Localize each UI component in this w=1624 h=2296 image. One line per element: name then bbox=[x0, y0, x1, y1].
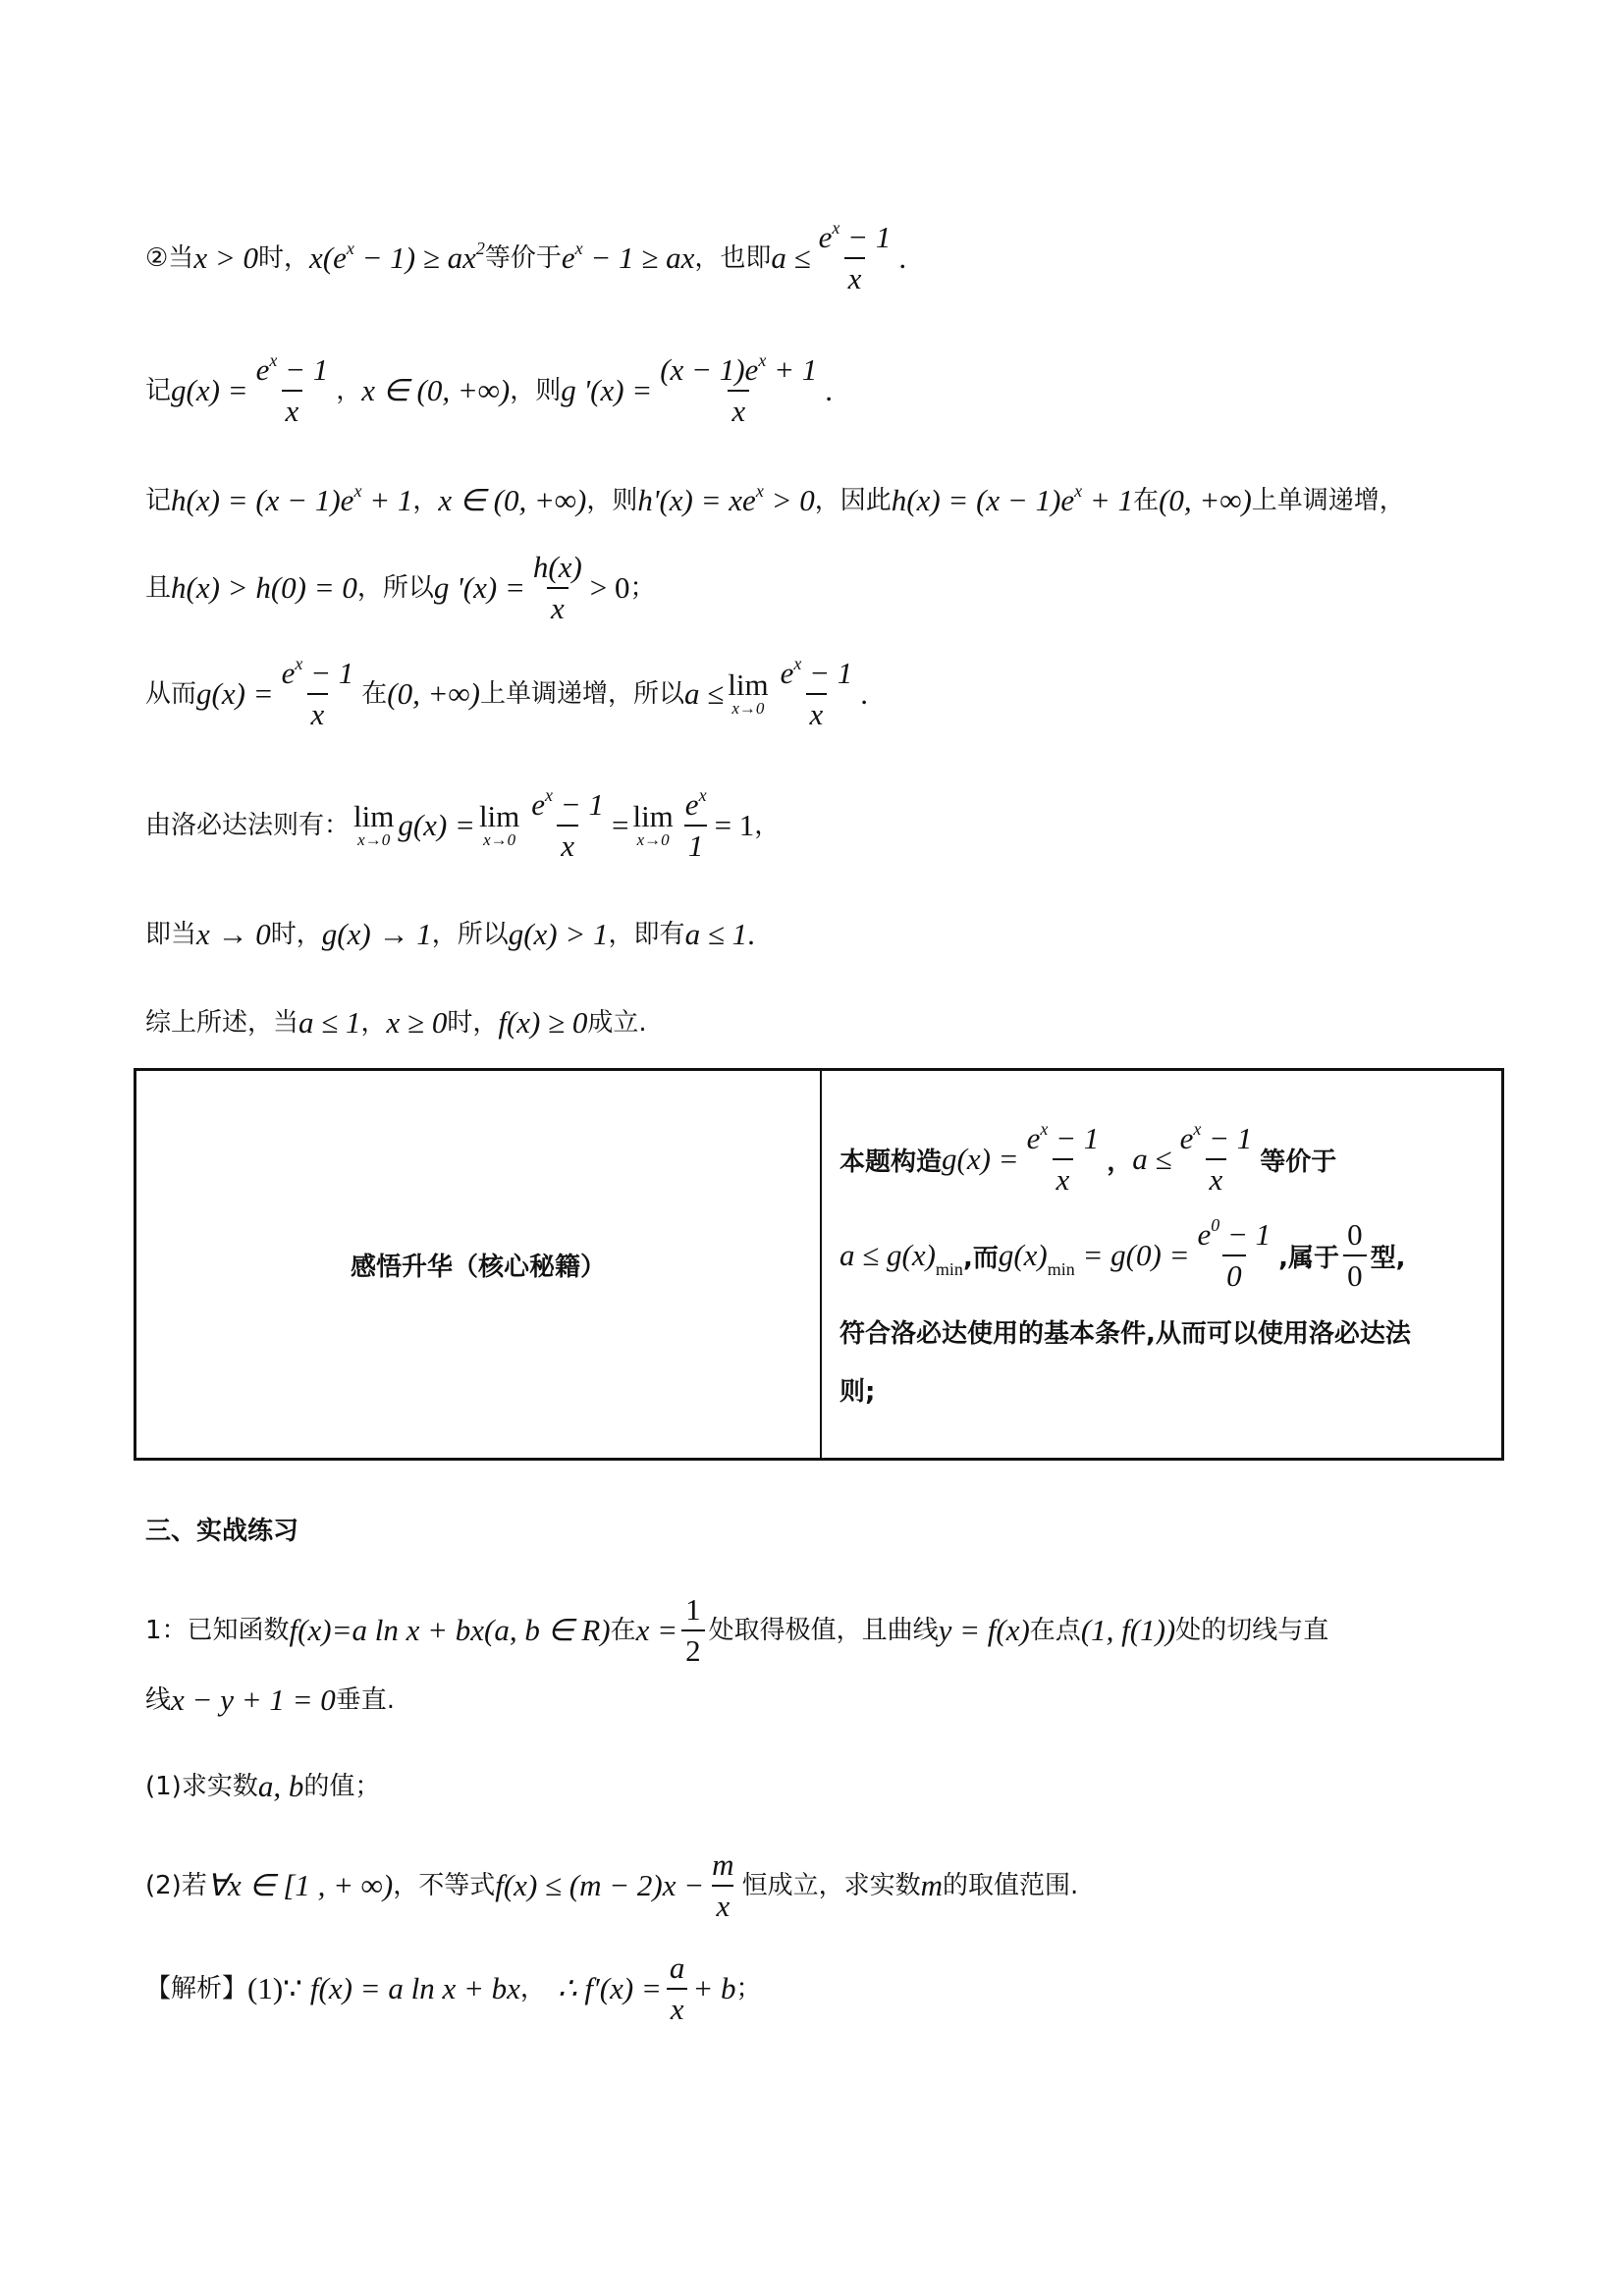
insight-label-cell: 感悟升华（核心秘籍） bbox=[135, 1070, 822, 1460]
text: 上单调递增， bbox=[1252, 481, 1405, 520]
insight-line-3: 符合洛必达使用的基本条件,从而可以使用洛必达法 bbox=[839, 1313, 1484, 1350]
text: 等价于 bbox=[485, 239, 562, 278]
punct: ； bbox=[630, 568, 656, 608]
fraction: ex 1 bbox=[681, 785, 711, 866]
math: a ≤ bbox=[1132, 1142, 1171, 1177]
text: ，即有 bbox=[609, 915, 685, 954]
math: f(x) ≤ (m − 2)x − bbox=[495, 1866, 704, 1905]
text: 等价于 bbox=[1260, 1142, 1336, 1178]
fraction: 0 0 bbox=[1343, 1215, 1367, 1296]
punct: ， bbox=[754, 806, 780, 845]
text: ，所以 bbox=[432, 915, 509, 954]
math: m bbox=[921, 1866, 943, 1905]
text: 恒成立，求实数 bbox=[742, 1866, 921, 1905]
math: y = f(x) bbox=[939, 1611, 1030, 1650]
text: 垂直. bbox=[336, 1681, 395, 1720]
text: 在 bbox=[1133, 481, 1159, 520]
line-g-increasing: 从而 g(x) = ex − 1 x 在 (0, +∞) 上单调递增，所以 a … bbox=[145, 654, 868, 734]
math: g(x) > 1 bbox=[509, 915, 609, 954]
text: 时， bbox=[271, 915, 322, 954]
line-h-positive: 且 h(x) > h(0) = 0 ，所以 g '(x) = h(x) x > … bbox=[145, 548, 656, 628]
text: ，所以 bbox=[357, 568, 434, 608]
math: x > 0 bbox=[193, 239, 258, 278]
text: 的值； bbox=[303, 1767, 380, 1806]
insight-label: 感悟升华（核心秘籍） bbox=[351, 1253, 606, 1282]
math: ∴ f′(x) = bbox=[558, 1969, 662, 2008]
fraction: (x − 1)ex + 1 x bbox=[656, 350, 821, 431]
text: 即当 bbox=[145, 915, 196, 954]
math: g(x)min = g(0) = bbox=[999, 1238, 1190, 1273]
math: g '(x) = bbox=[561, 371, 652, 410]
insight-line-2: a ≤ g(x)min ,而 g(x)min = g(0) = e0 − 1 0… bbox=[839, 1215, 1484, 1296]
text: 上单调递增，所以 bbox=[480, 674, 684, 714]
question-1-line-2: 线 x − y + 1 = 0 垂直. bbox=[145, 1681, 395, 1720]
text: 在点 bbox=[1030, 1611, 1081, 1650]
text: 型, bbox=[1371, 1238, 1406, 1274]
line-define-h: 记 h(x) = (x − 1)ex + 1 ， x ∈ (0, +∞) ，则 … bbox=[145, 481, 1405, 520]
text: 由洛必达法则有： bbox=[145, 806, 350, 845]
question-1-part-2: (2)若 ∀x ∈ [1 , + ∞) ，不等式 f(x) ≤ (m − 2)x… bbox=[145, 1845, 1078, 1926]
math: h(x) = (x − 1)ex + 1 bbox=[171, 481, 412, 520]
math: a ≤ g(x)min bbox=[839, 1238, 963, 1273]
math: ex − 1 ≥ ax bbox=[562, 239, 694, 278]
text: ②当 bbox=[145, 239, 193, 278]
text: ，也即 bbox=[694, 239, 771, 278]
text: 时， bbox=[258, 239, 309, 278]
math: = 1 bbox=[715, 806, 755, 845]
section-heading: 三、实战练习 bbox=[145, 1512, 298, 1551]
math: h(x) = (x − 1)ex + 1 bbox=[892, 481, 1133, 520]
fraction: ex − 1 x bbox=[527, 785, 608, 866]
punct: ； bbox=[736, 1969, 762, 2008]
insight-line-1: 本题构造 g(x) = ex − 1 x ， a ≤ ex − 1 x 等价于 bbox=[839, 1119, 1484, 1200]
math: g(x) = bbox=[196, 674, 274, 714]
text: (1)求实数 bbox=[145, 1767, 258, 1806]
text: 在 bbox=[361, 674, 387, 714]
insight-table: 感悟升华（核心秘籍） 本题构造 g(x) = ex − 1 x ， a ≤ ex… bbox=[134, 1068, 1504, 1461]
text: 时， bbox=[447, 1003, 498, 1042]
math: x = bbox=[636, 1611, 677, 1650]
fraction: 1 2 bbox=[681, 1590, 705, 1671]
fraction: ex − 1 x bbox=[278, 654, 358, 734]
punct: . bbox=[747, 915, 755, 954]
line-limit-conclusion: 即当 x → 0 时， g(x) → 1 ，所以 g(x) > 1 ，即有 a … bbox=[145, 915, 755, 954]
math: g(x) = bbox=[942, 1142, 1019, 1177]
text: ， bbox=[336, 371, 361, 410]
fraction: h(x) x bbox=[529, 548, 586, 628]
text: ，则 bbox=[510, 371, 561, 410]
math: a ≤ bbox=[771, 239, 810, 278]
text: 处取得极值，且曲线 bbox=[709, 1611, 939, 1650]
math: x → 0 bbox=[196, 915, 271, 954]
question-1-line-1: 1：已知函数 f(x)=a ln x + bx(a, b ∈ R) 在 x = … bbox=[145, 1590, 1328, 1671]
math: (1)∵ bbox=[247, 1969, 302, 2008]
math: x ≥ 0 bbox=[387, 1003, 448, 1042]
text: 的取值范围. bbox=[943, 1866, 1078, 1905]
text: ，则 bbox=[586, 481, 637, 520]
text: 处的切线与直 bbox=[1175, 1611, 1328, 1650]
punct: . bbox=[825, 371, 833, 410]
limit: lim x→0 bbox=[479, 802, 519, 849]
text: 本题构造 bbox=[839, 1142, 942, 1178]
math: (1, f(1)) bbox=[1081, 1611, 1175, 1650]
fraction: ex − 1 x bbox=[777, 654, 857, 734]
text: 线 bbox=[145, 1681, 171, 1720]
math: h'(x) = xex > 0 bbox=[637, 481, 814, 520]
math: x(ex − 1) ≥ ax2 bbox=[309, 239, 485, 278]
text: ,属于 bbox=[1278, 1238, 1339, 1274]
math: a, b bbox=[258, 1767, 304, 1806]
math: f(x) ≥ 0 bbox=[498, 1003, 587, 1042]
text: 记 bbox=[145, 481, 171, 520]
math: h(x) > h(0) = 0 bbox=[171, 568, 357, 608]
math: g(x) → 1 bbox=[322, 915, 432, 954]
line-summary: 综上所述，当 a ≤ 1 ， x ≥ 0 时， f(x) ≥ 0 成立. bbox=[145, 1003, 647, 1042]
math: = bbox=[612, 806, 628, 845]
text: ， bbox=[1107, 1142, 1132, 1178]
insight-line-4: 则; bbox=[839, 1371, 1484, 1408]
math: g '(x) = bbox=[434, 568, 525, 608]
text: 成立. bbox=[587, 1003, 646, 1042]
math: f(x)=a ln x + bx(a, b ∈ R) bbox=[290, 1611, 611, 1650]
line-lhopital: 由洛必达法则有： lim x→0 g(x) = lim x→0 ex − 1 x… bbox=[145, 785, 780, 866]
math: a ≤ bbox=[684, 674, 724, 714]
text: ,而 bbox=[963, 1238, 999, 1274]
text: 从而 bbox=[145, 674, 196, 714]
punct: . bbox=[860, 674, 868, 714]
fraction: ex − 1 x bbox=[815, 218, 895, 298]
text: ， bbox=[361, 1003, 387, 1042]
limit: lim x→0 bbox=[632, 802, 673, 849]
math: f(x) = a ln x + bx bbox=[310, 1969, 520, 2008]
line-define-g: 记 g(x) = ex − 1 x ， x ∈ (0, +∞) ，则 g '(x… bbox=[145, 350, 833, 431]
math: (0, +∞) bbox=[387, 674, 480, 714]
text: ， bbox=[412, 481, 438, 520]
math: g(x) = bbox=[398, 806, 475, 845]
text: ，不等式 bbox=[393, 1866, 495, 1905]
fraction: ex − 1 x bbox=[1023, 1119, 1104, 1200]
text: 在 bbox=[611, 1611, 636, 1650]
math: ∀x ∈ [1 , + ∞) bbox=[207, 1866, 393, 1905]
math: x ∈ (0, +∞) bbox=[361, 371, 510, 410]
fraction: m x bbox=[708, 1845, 737, 1926]
limit: lim x→0 bbox=[728, 670, 768, 718]
text: (2)若 bbox=[145, 1866, 207, 1905]
math: + b bbox=[692, 1969, 735, 2008]
math: (0, +∞) bbox=[1159, 481, 1252, 520]
math: a ≤ 1 bbox=[685, 915, 748, 954]
fraction: ex − 1 x bbox=[252, 350, 333, 431]
text: 则; bbox=[839, 1371, 875, 1408]
solution-label: 【解析】 bbox=[145, 1969, 247, 2008]
fraction: ex − 1 x bbox=[1176, 1119, 1257, 1200]
text: 综上所述，当 bbox=[145, 1003, 298, 1042]
limit: lim x→0 bbox=[353, 802, 394, 849]
math: g(x) = bbox=[171, 371, 248, 410]
text: 且 bbox=[145, 568, 171, 608]
math: x ∈ (0, +∞) bbox=[438, 481, 586, 520]
math: > 0 bbox=[590, 568, 630, 608]
text: ，因此 bbox=[815, 481, 892, 520]
fraction: e0 − 1 0 bbox=[1193, 1215, 1274, 1296]
math: x − y + 1 = 0 bbox=[171, 1681, 336, 1720]
text: 符合洛必达使用的基本条件,从而可以使用洛必达法 bbox=[839, 1313, 1411, 1350]
text: 记 bbox=[145, 371, 171, 410]
line-case-2: ②当 x > 0 时， x(ex − 1) ≥ ax2 等价于 ex − 1 ≥… bbox=[145, 218, 906, 298]
text: 1：已知函数 bbox=[145, 1611, 290, 1650]
punct: . bbox=[898, 239, 906, 278]
text: ， bbox=[520, 1969, 546, 2008]
solution-line-1: 【解析】 (1)∵ f(x) = a ln x + bx ， ∴ f′(x) =… bbox=[145, 1949, 762, 2029]
insight-content-cell: 本题构造 g(x) = ex − 1 x ， a ≤ ex − 1 x 等价于 … bbox=[821, 1070, 1503, 1460]
heading-text: 三、实战练习 bbox=[145, 1512, 298, 1551]
question-1-part-1: (1)求实数 a, b 的值； bbox=[145, 1767, 380, 1806]
math: a ≤ 1 bbox=[298, 1003, 361, 1042]
fraction: a x bbox=[666, 1949, 689, 2029]
